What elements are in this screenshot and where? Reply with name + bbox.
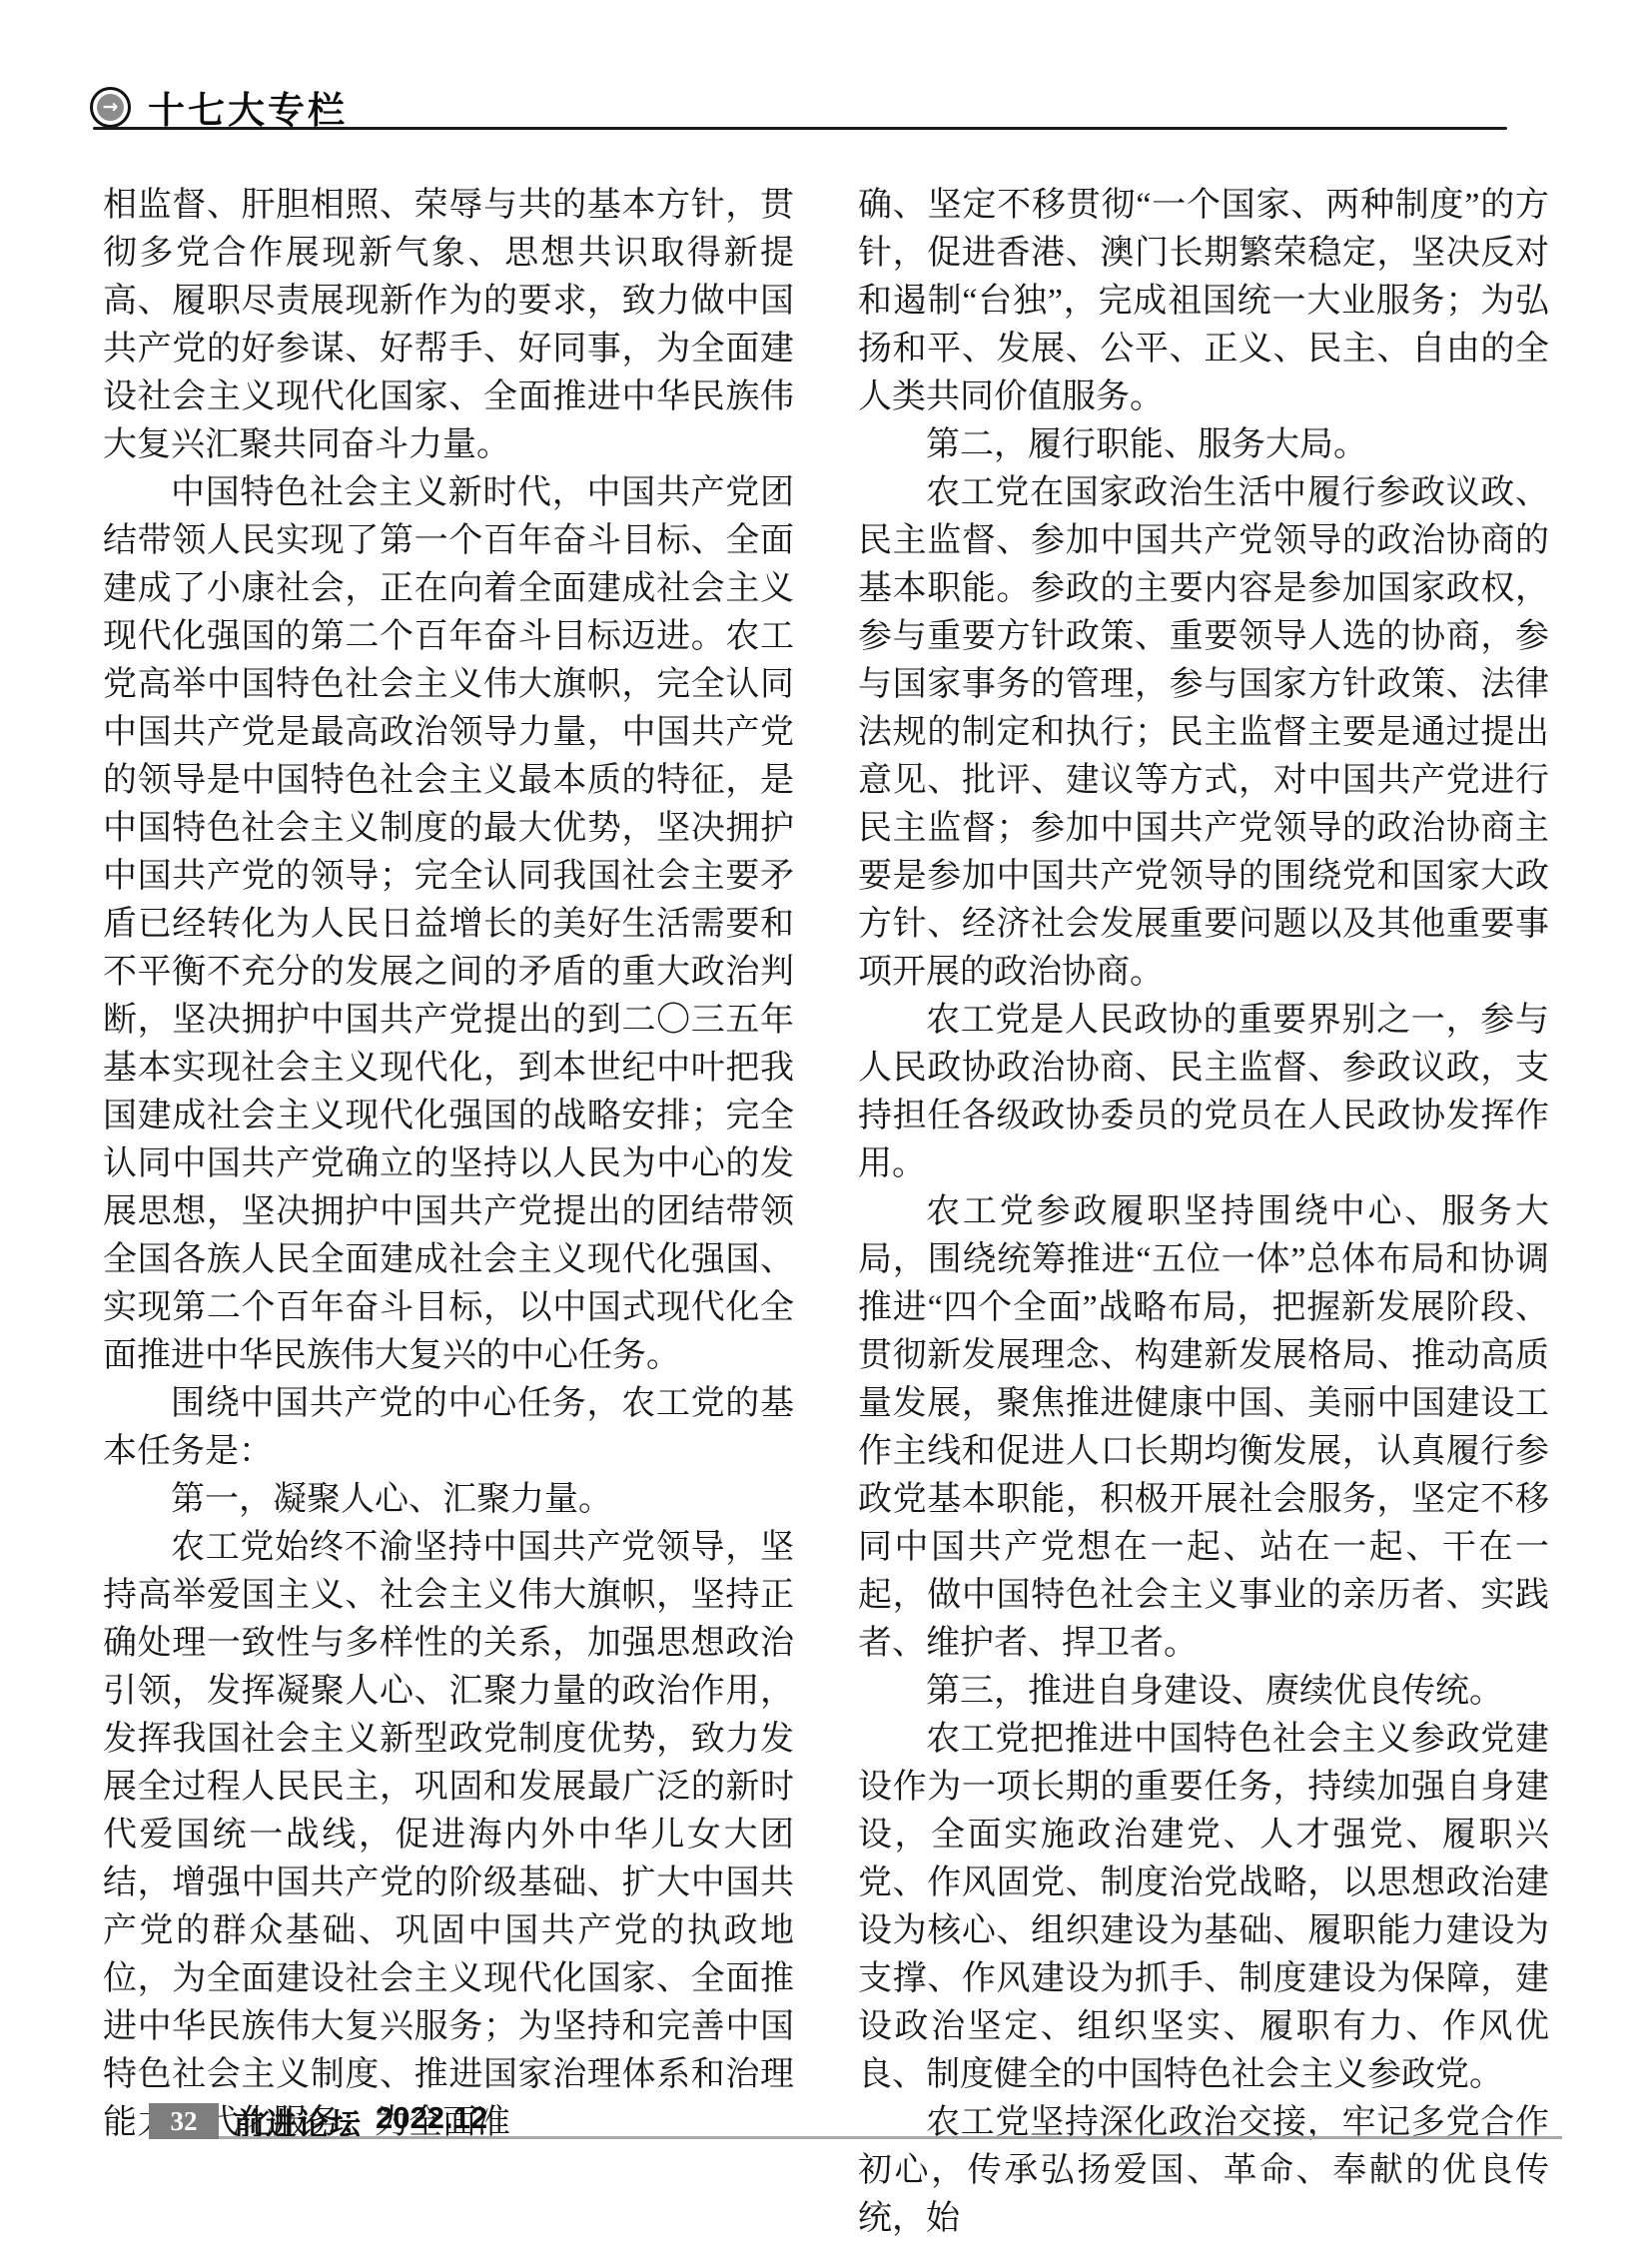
paragraph: 农工党坚持深化政治交接，牢记多党合作初心，传承弘扬爱国、革命、奉献的优良传统，始 [858,2099,1549,2241]
paragraph: 农工党在国家政治生活中履行参政议政、民主监督、参加中国共产党领导的政治协商的基本… [858,469,1549,997]
issue-date: 2022.12 [376,2100,487,2136]
paragraph: 农工党是人民政协的重要界别之一，参与人民政协政治协商、民主监督、参政议政，支持担… [858,997,1549,1188]
column-section-title: 十七大专栏 [148,80,348,134]
paragraph: 第一，凝聚人心、汇聚力量。 [103,1476,794,1524]
text-columns: 相监督、肝胆相照、荣辱与共的基本方针，贯彻多党合作展现新气象、思想共识取得新提高… [103,182,1549,2241]
arrow-right-icon: → [90,87,131,128]
left-column: 相监督、肝胆相照、荣辱与共的基本方针，贯彻多党合作展现新气象、思想共识取得新提高… [103,182,794,2241]
footer-rule [219,2136,1562,2139]
right-column: 确、坚定不移贯彻“一个国家、两种制度”的方针，促进香港、澳门长期繁荣稳定，坚决反… [858,182,1549,2241]
arrow-glyph: → [97,94,124,121]
paragraph: 第二，履行职能、服务大局。 [858,421,1549,469]
paragraph: 第三，推进自身建设、赓续优良传统。 [858,1668,1549,1716]
page-number-badge: 32 [149,2103,219,2139]
paragraph: 农工党参政履职坚持围绕中心、服务大局，围绕统筹推进“五位一体”总体布局和协调推进… [858,1188,1549,1668]
document-page: → 十七大专栏 相监督、肝胆相照、荣辱与共的基本方针，贯彻多党合作展现新气象、思… [0,0,1652,2241]
header-rule [93,127,1507,130]
paragraph: 围绕中国共产党的中心任务，农工党的基本任务是： [103,1380,794,1476]
paragraph: 农工党始终不渝坚持中国共产党领导，坚持高举爱国主义、社会主义伟大旗帜，坚持正确处… [103,1524,794,2147]
paragraph: 农工党把推进中国特色社会主义参政党建设作为一项长期的重要任务，持续加强自身建设，… [858,1716,1549,2099]
paragraph: 确、坚定不移贯彻“一个国家、两种制度”的方针，促进香港、澳门长期繁荣稳定，坚决反… [858,182,1549,421]
paragraph: 相监督、肝胆相照、荣辱与共的基本方针，贯彻多党合作展现新气象、思想共识取得新提高… [103,182,794,469]
paragraph: 中国特色社会主义新时代，中国共产党团结带领人民实现了第一个百年奋斗目标、全面建成… [103,469,794,1380]
